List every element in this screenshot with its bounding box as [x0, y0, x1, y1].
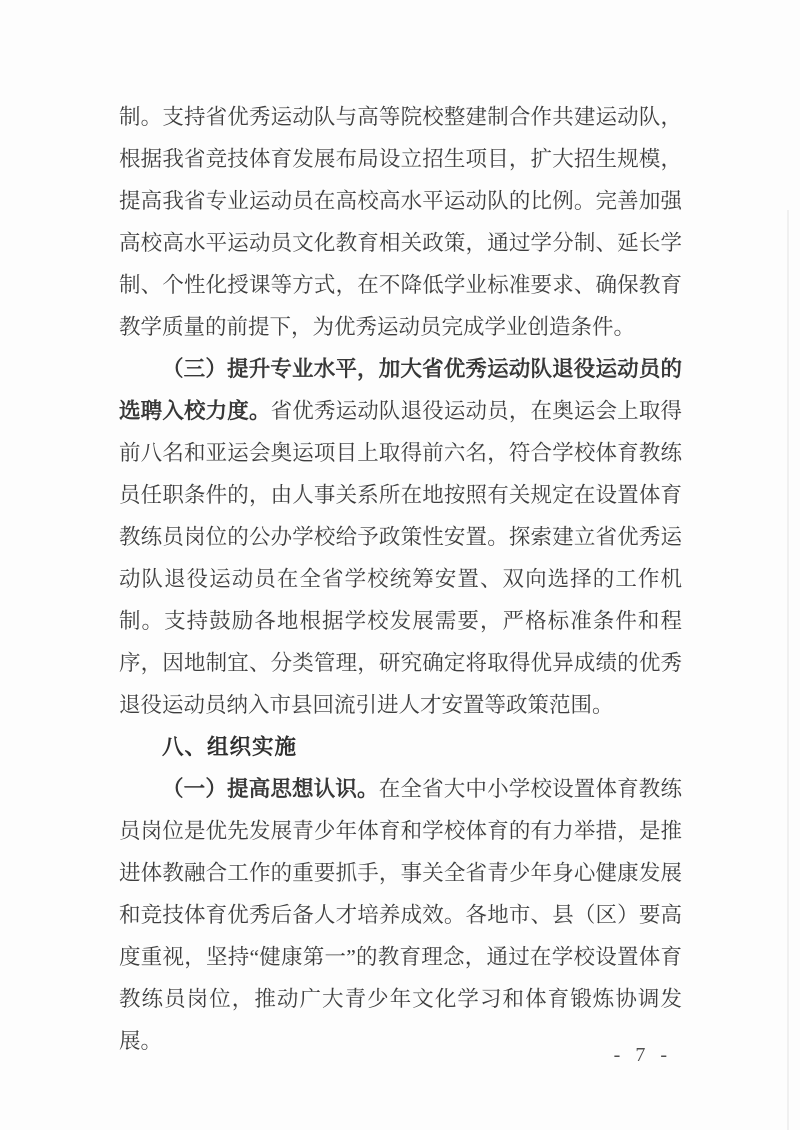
page-number: - 7 - — [614, 1044, 672, 1067]
section-heading-8: 八、组织实施 — [119, 726, 682, 768]
document-text-block: 制。支持省优秀运动队与高等院校整建制合作共建运动队，根据我省竞技体育发展布局设立… — [119, 96, 682, 1062]
section-heading-text: 八、组织实施 — [162, 735, 297, 759]
paragraph-text: 在全省大中小学校设置体育教练员岗位是优先发展青少年体育和学校体育的有力举措，是推… — [119, 777, 682, 1053]
paragraph-section-3: （三）提升专业水平，加大省优秀运动队退役运动员的选聘入校力度。省优秀运动队退役运… — [119, 348, 682, 726]
paragraph-section-1: （一）提高思想认识。在全省大中小学校设置体育教练员岗位是优先发展青少年体育和学校… — [119, 768, 682, 1062]
paragraph-text: 制。支持省优秀运动队与高等院校整建制合作共建运动队，根据我省竞技体育发展布局设立… — [119, 105, 682, 339]
section-subheading-1: （一）提高思想认识。 — [162, 777, 379, 801]
document-page: 制。支持省优秀运动队与高等院校整建制合作共建运动队，根据我省竞技体育发展布局设立… — [0, 0, 800, 1130]
scan-edge-artifact — [787, 210, 789, 1130]
paragraph-continuation: 制。支持省优秀运动队与高等院校整建制合作共建运动队，根据我省竞技体育发展布局设立… — [119, 96, 682, 348]
paragraph-text: 省优秀运动队退役运动员，在奥运会上取得前八名和亚运会奥运项目上取得前六名，符合学… — [119, 399, 682, 717]
